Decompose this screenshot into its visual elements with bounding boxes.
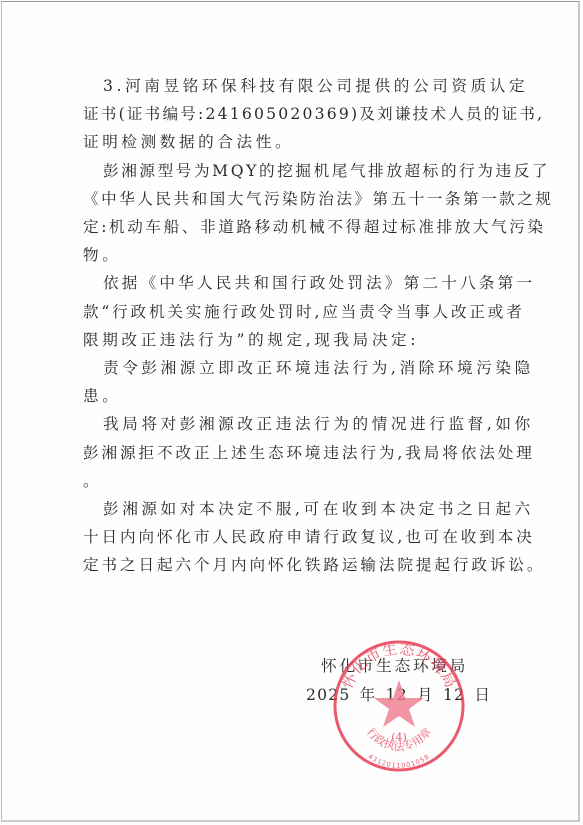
text-line: 。	[83, 467, 503, 495]
text-line: 彭湘源型号为MQY的挖掘机尾气排放超标的行为违反了	[83, 157, 503, 185]
text-line: 彭湘源如对本决定不服,可在收到本决定书之日起六	[83, 495, 503, 523]
text-line: 患。	[83, 382, 503, 410]
text-line: 物。	[83, 241, 503, 269]
text-line: 定书之日起六个月内向怀化铁路运输法院提起行政诉讼。	[83, 551, 503, 579]
document-body: 3.河南昱铭环保科技有限公司提供的公司资质认定 证书(证书编号:24160502…	[83, 72, 503, 580]
text-line: 定:机动车船、非道路移动机械不得超过标准排放大气污染	[83, 213, 503, 241]
text-line: 3.河南昱铭环保科技有限公司提供的公司资质认定	[83, 72, 503, 100]
paragraph-legal-basis: 依据《中华人民共和国行政处罚法》第二十八条第一 款“行政机关实施行政处罚时,应当…	[83, 269, 503, 354]
text-line: 《中华人民共和国大气污染防治法》第五十一条第一款之规	[83, 185, 503, 213]
paragraph-appeal: 彭湘源如对本决定不服,可在收到本决定书之日起六 十日内向怀化市人民政府申请行政复…	[83, 495, 503, 580]
text-line: 限期改正违法行为”的规定,现我局决定:	[83, 326, 503, 354]
issue-date: 2025 年 12 月 12 日	[306, 683, 491, 705]
text-line: 十日内向怀化市人民政府申请行政复议,也可在收到本决	[83, 523, 503, 551]
issuing-authority: 怀化市生态环境局	[321, 654, 468, 676]
text-line: 款“行政机关实施行政处罚时,应当责令当事人改正或者	[83, 298, 503, 326]
text-line: 责令彭湘源立即改正环境违法行为,消除环境污染隐	[83, 354, 503, 382]
paragraph-order: 责令彭湘源立即改正环境违法行为,消除环境污染隐 患。	[83, 354, 503, 410]
text-line: 证明检测数据的合法性。	[83, 128, 503, 156]
text-line: 依据《中华人民共和国行政处罚法》第二十八条第一	[83, 269, 503, 297]
paragraph-evidence-3: 3.河南昱铭环保科技有限公司提供的公司资质认定 证书(证书编号:24160502…	[83, 72, 503, 157]
paragraph-violation: 彭湘源型号为MQY的挖掘机尾气排放超标的行为违反了 《中华人民共和国大气污染防治…	[83, 157, 503, 270]
text-line: 彭湘源拒不改正上述生态环境违法行为,我局将依法处理	[83, 439, 503, 467]
paragraph-supervision: 我局将对彭湘源改正违法行为的情况进行监督,如你 彭湘源拒不改正上述生态环境违法行…	[83, 410, 503, 495]
text-line: 证书(证书编号:241605020369)及刘谦技术人员的证书,	[83, 100, 503, 128]
text-line: 我局将对彭湘源改正违法行为的情况进行监督,如你	[83, 410, 503, 438]
